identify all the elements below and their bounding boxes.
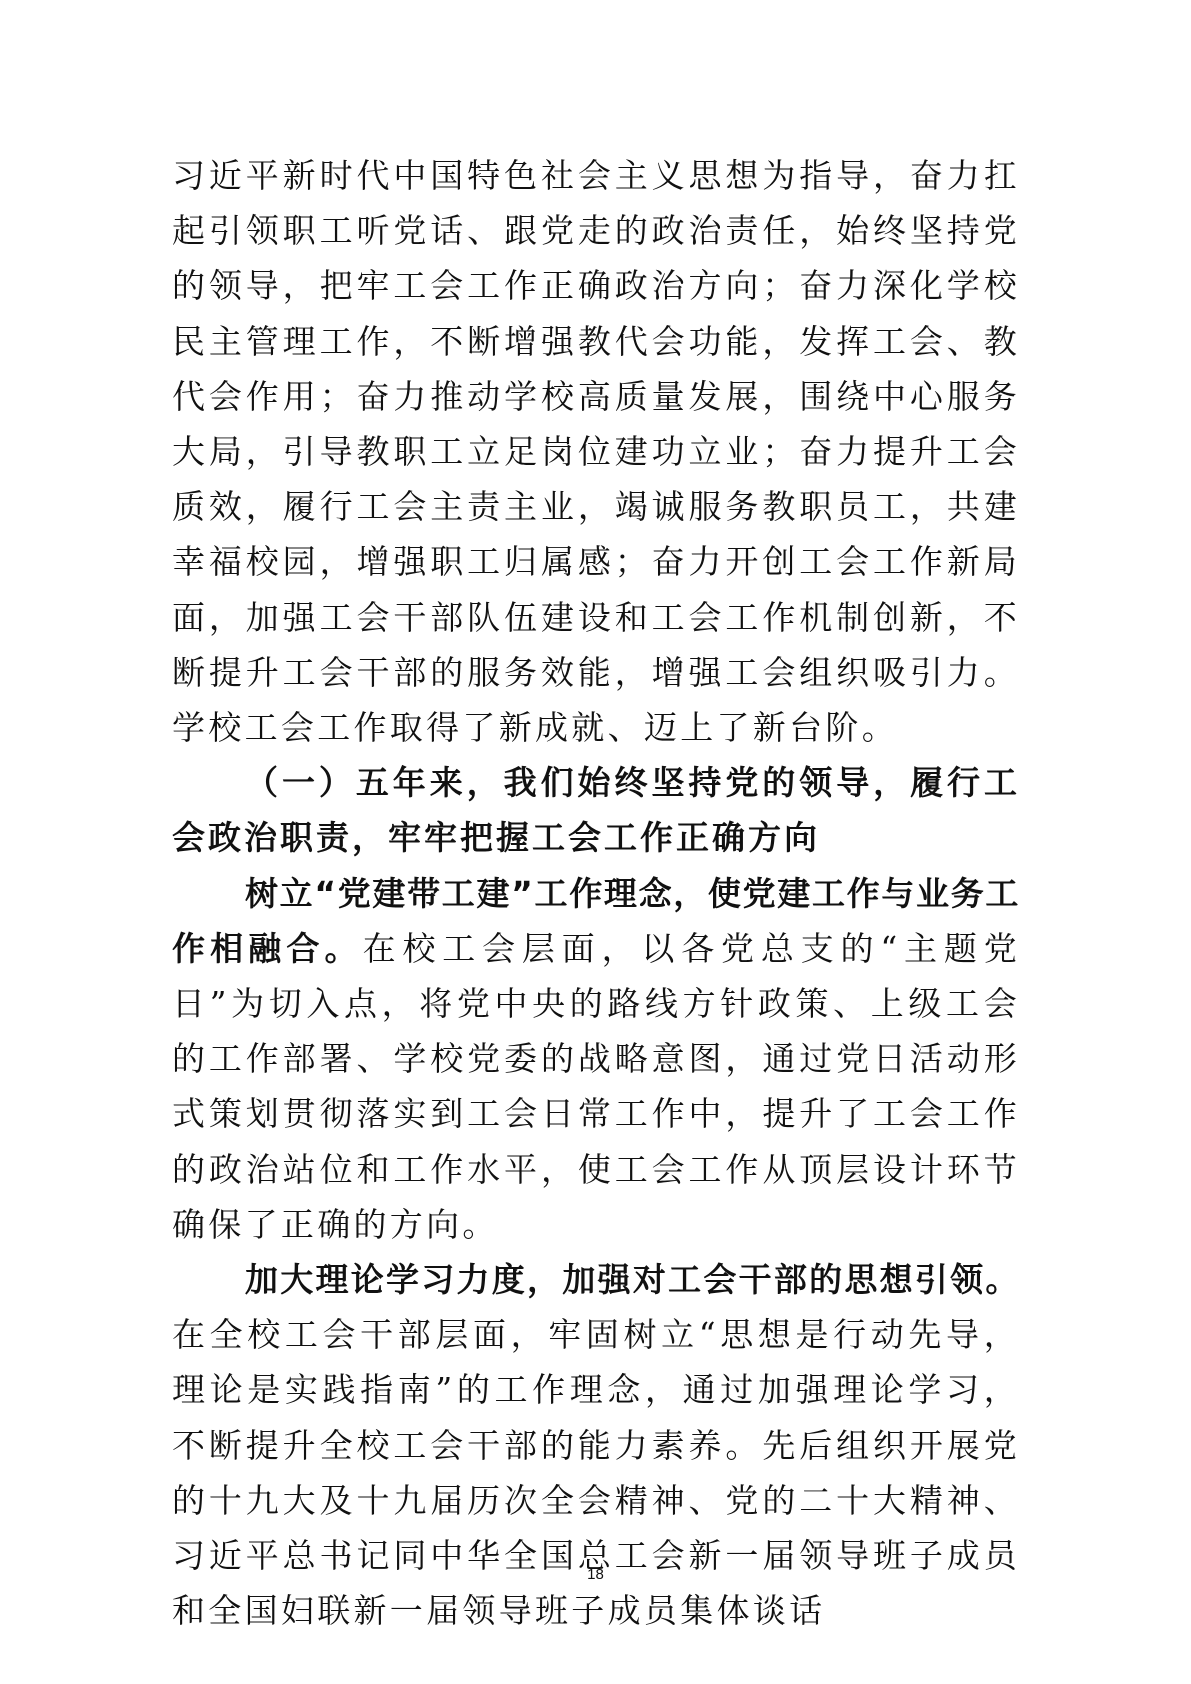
page-number: 18 <box>0 1566 1191 1583</box>
paragraph-body: 在校工会层面，以各党总支的“主题党日”为切入点，将党中央的路线方针政策、上级工会… <box>172 929 1020 1244</box>
paragraph-body: 在全校工会干部层面，牢固树立“思想是行动先导，理论是实践指南”的工作理念，通过加… <box>172 1315 1020 1630</box>
section-heading: （一）五年来，我们始终坚持党的领导，履行工会政治职责，牢牢把握工会工作正确方向 <box>172 755 1020 865</box>
document-page: 习近平新时代中国特色社会主义思想为指导，奋力扛起引领职工听党话、跟党走的政治责任… <box>0 0 1191 1684</box>
paragraph-intro: 习近平新时代中国特色社会主义思想为指导，奋力扛起引领职工听党话、跟党走的政治责任… <box>172 148 1020 755</box>
paragraph-party-building: 树立“党建带工建”工作理念，使党建工作与业务工作相融合。在校工会层面，以各党总支… <box>172 866 1020 1252</box>
paragraph-lead-bold: 加大理论学习力度，加强对工会干部的思想引领。 <box>245 1260 1020 1299</box>
document-body: 习近平新时代中国特色社会主义思想为指导，奋力扛起引领职工听党话、跟党走的政治责任… <box>172 148 1020 1638</box>
